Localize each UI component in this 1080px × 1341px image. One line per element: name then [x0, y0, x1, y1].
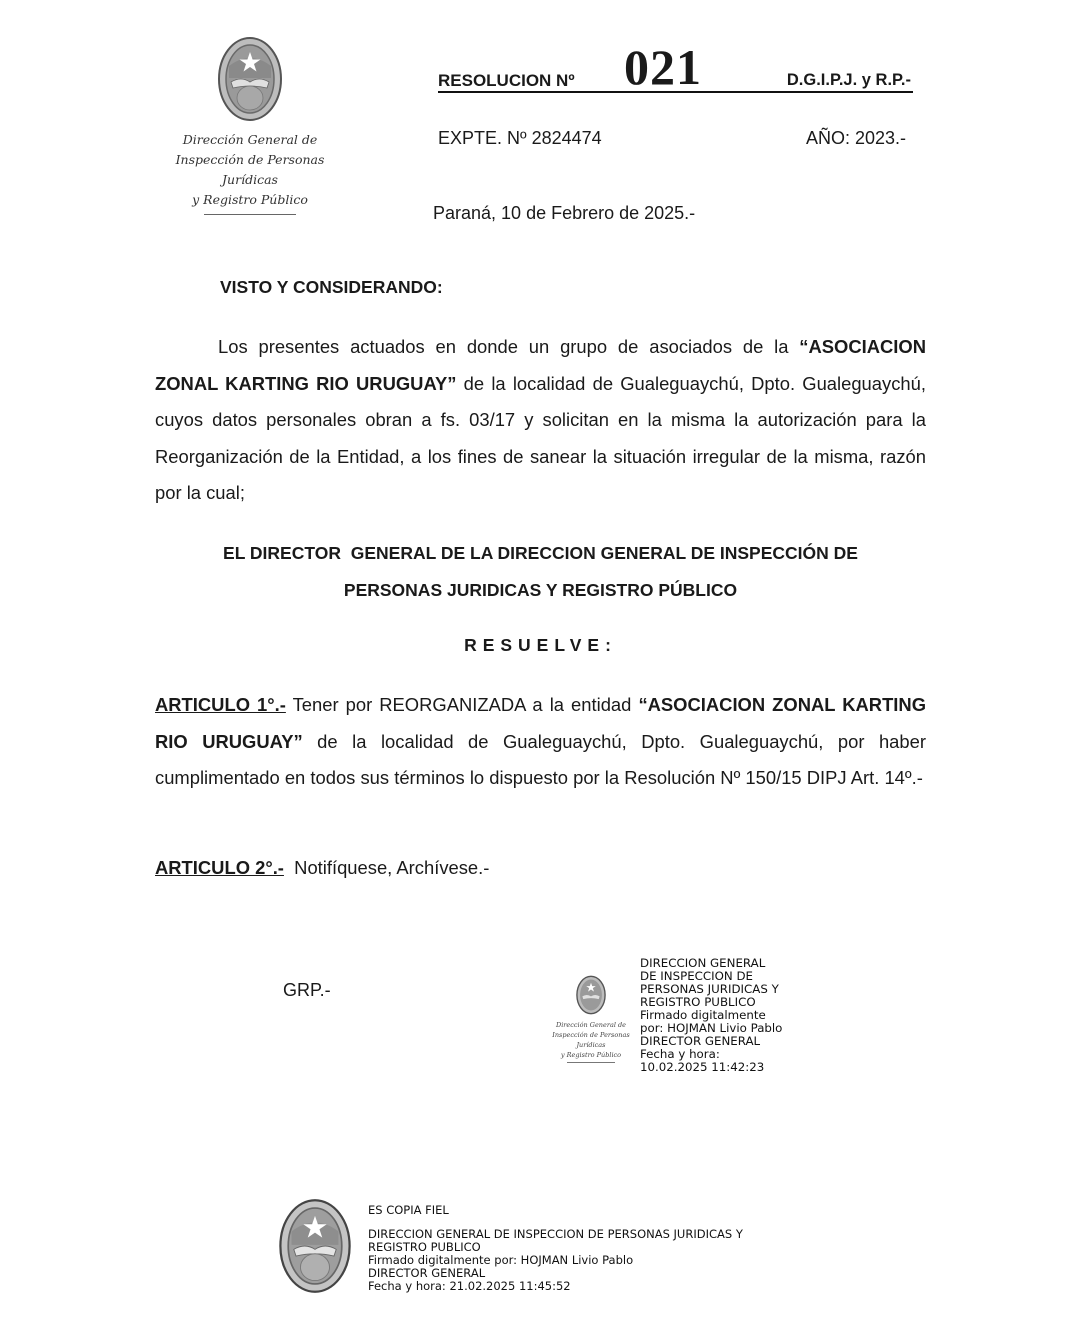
logo-line-2: Inspección de Personas Jurídicas [150, 150, 350, 190]
issuer-abbreviation: D.G.I.P.J. y R.P.- [787, 71, 911, 90]
copy-title: ES COPIA FIEL [368, 1204, 743, 1217]
resolution-label: RESOLUCION Nº [438, 71, 575, 91]
seal-line-3: y Registro Público [545, 1050, 637, 1060]
seal-line-1: Dirección General de [545, 1020, 637, 1030]
resolution-number: 021 [624, 42, 702, 92]
director-heading-line-1: EL DIRECTOR GENERAL DE LA DIRECCION GENE… [155, 535, 926, 572]
article-2: ARTICULO 2°.- Notifíquese, Archívese.- [155, 857, 489, 879]
institution-logo: Dirección General de Inspección de Perso… [150, 36, 350, 215]
copy-certification-text: ES COPIA FIEL DIRECCION GENERAL DE INSPE… [368, 1204, 743, 1293]
director-heading: EL DIRECTOR GENERAL DE LA DIRECCION GENE… [155, 535, 926, 609]
province-seal-icon [217, 36, 283, 122]
province-seal-icon [576, 975, 606, 1015]
copy-seal [278, 1198, 352, 1299]
expediente-year: AÑO: 2023.- [806, 128, 906, 149]
director-heading-line-2: PERSONAS JURIDICAS Y REGISTRO PÚBLICO [155, 572, 926, 609]
considerando-paragraph: Los presentes actuados en donde un grupo… [155, 329, 926, 512]
resolution-title: RESOLUCION Nº 021 D.G.I.P.J. y R.P.- [438, 44, 913, 94]
visto-heading: VISTO Y CONSIDERANDO: [220, 277, 443, 298]
expediente-number: EXPTE. Nº 2824474 [438, 128, 602, 149]
article-2-label: ARTICULO 2°.- [155, 857, 284, 878]
province-seal-icon [278, 1198, 352, 1294]
title-underline [438, 91, 913, 93]
considerando-intro: Los presentes actuados en donde un grupo… [218, 336, 788, 357]
logo-line-3: y Registro Público [150, 190, 350, 210]
resuelve-heading: RESUELVE: [155, 635, 926, 656]
seal-divider [567, 1062, 615, 1063]
seal-line-2: Inspección de Personas Jurídicas [545, 1030, 637, 1050]
copy-line: Fecha y hora: 21.02.2025 11:45:52 [368, 1280, 743, 1293]
place-date: Paraná, 10 de Febrero de 2025.- [433, 203, 695, 224]
digital-signature-text: DIRECCION GENERAL DE INSPECCION DE PERSO… [640, 957, 782, 1074]
article-2-text: Notifíquese, Archívese.- [284, 857, 489, 878]
article-1-text-before: Tener por REORGANIZADA a la entidad [286, 694, 639, 715]
signature-seal: Dirección General de Inspección de Perso… [545, 975, 637, 1063]
article-1-label: ARTICULO 1°.- [155, 694, 286, 715]
article-1: ARTICULO 1°.- Tener por REORGANIZADA a l… [155, 687, 926, 797]
initials: GRP.- [283, 980, 331, 1001]
signature-line: 10.02.2025 11:42:23 [640, 1061, 782, 1074]
logo-divider [204, 214, 296, 215]
logo-line-1: Dirección General de [150, 130, 350, 150]
